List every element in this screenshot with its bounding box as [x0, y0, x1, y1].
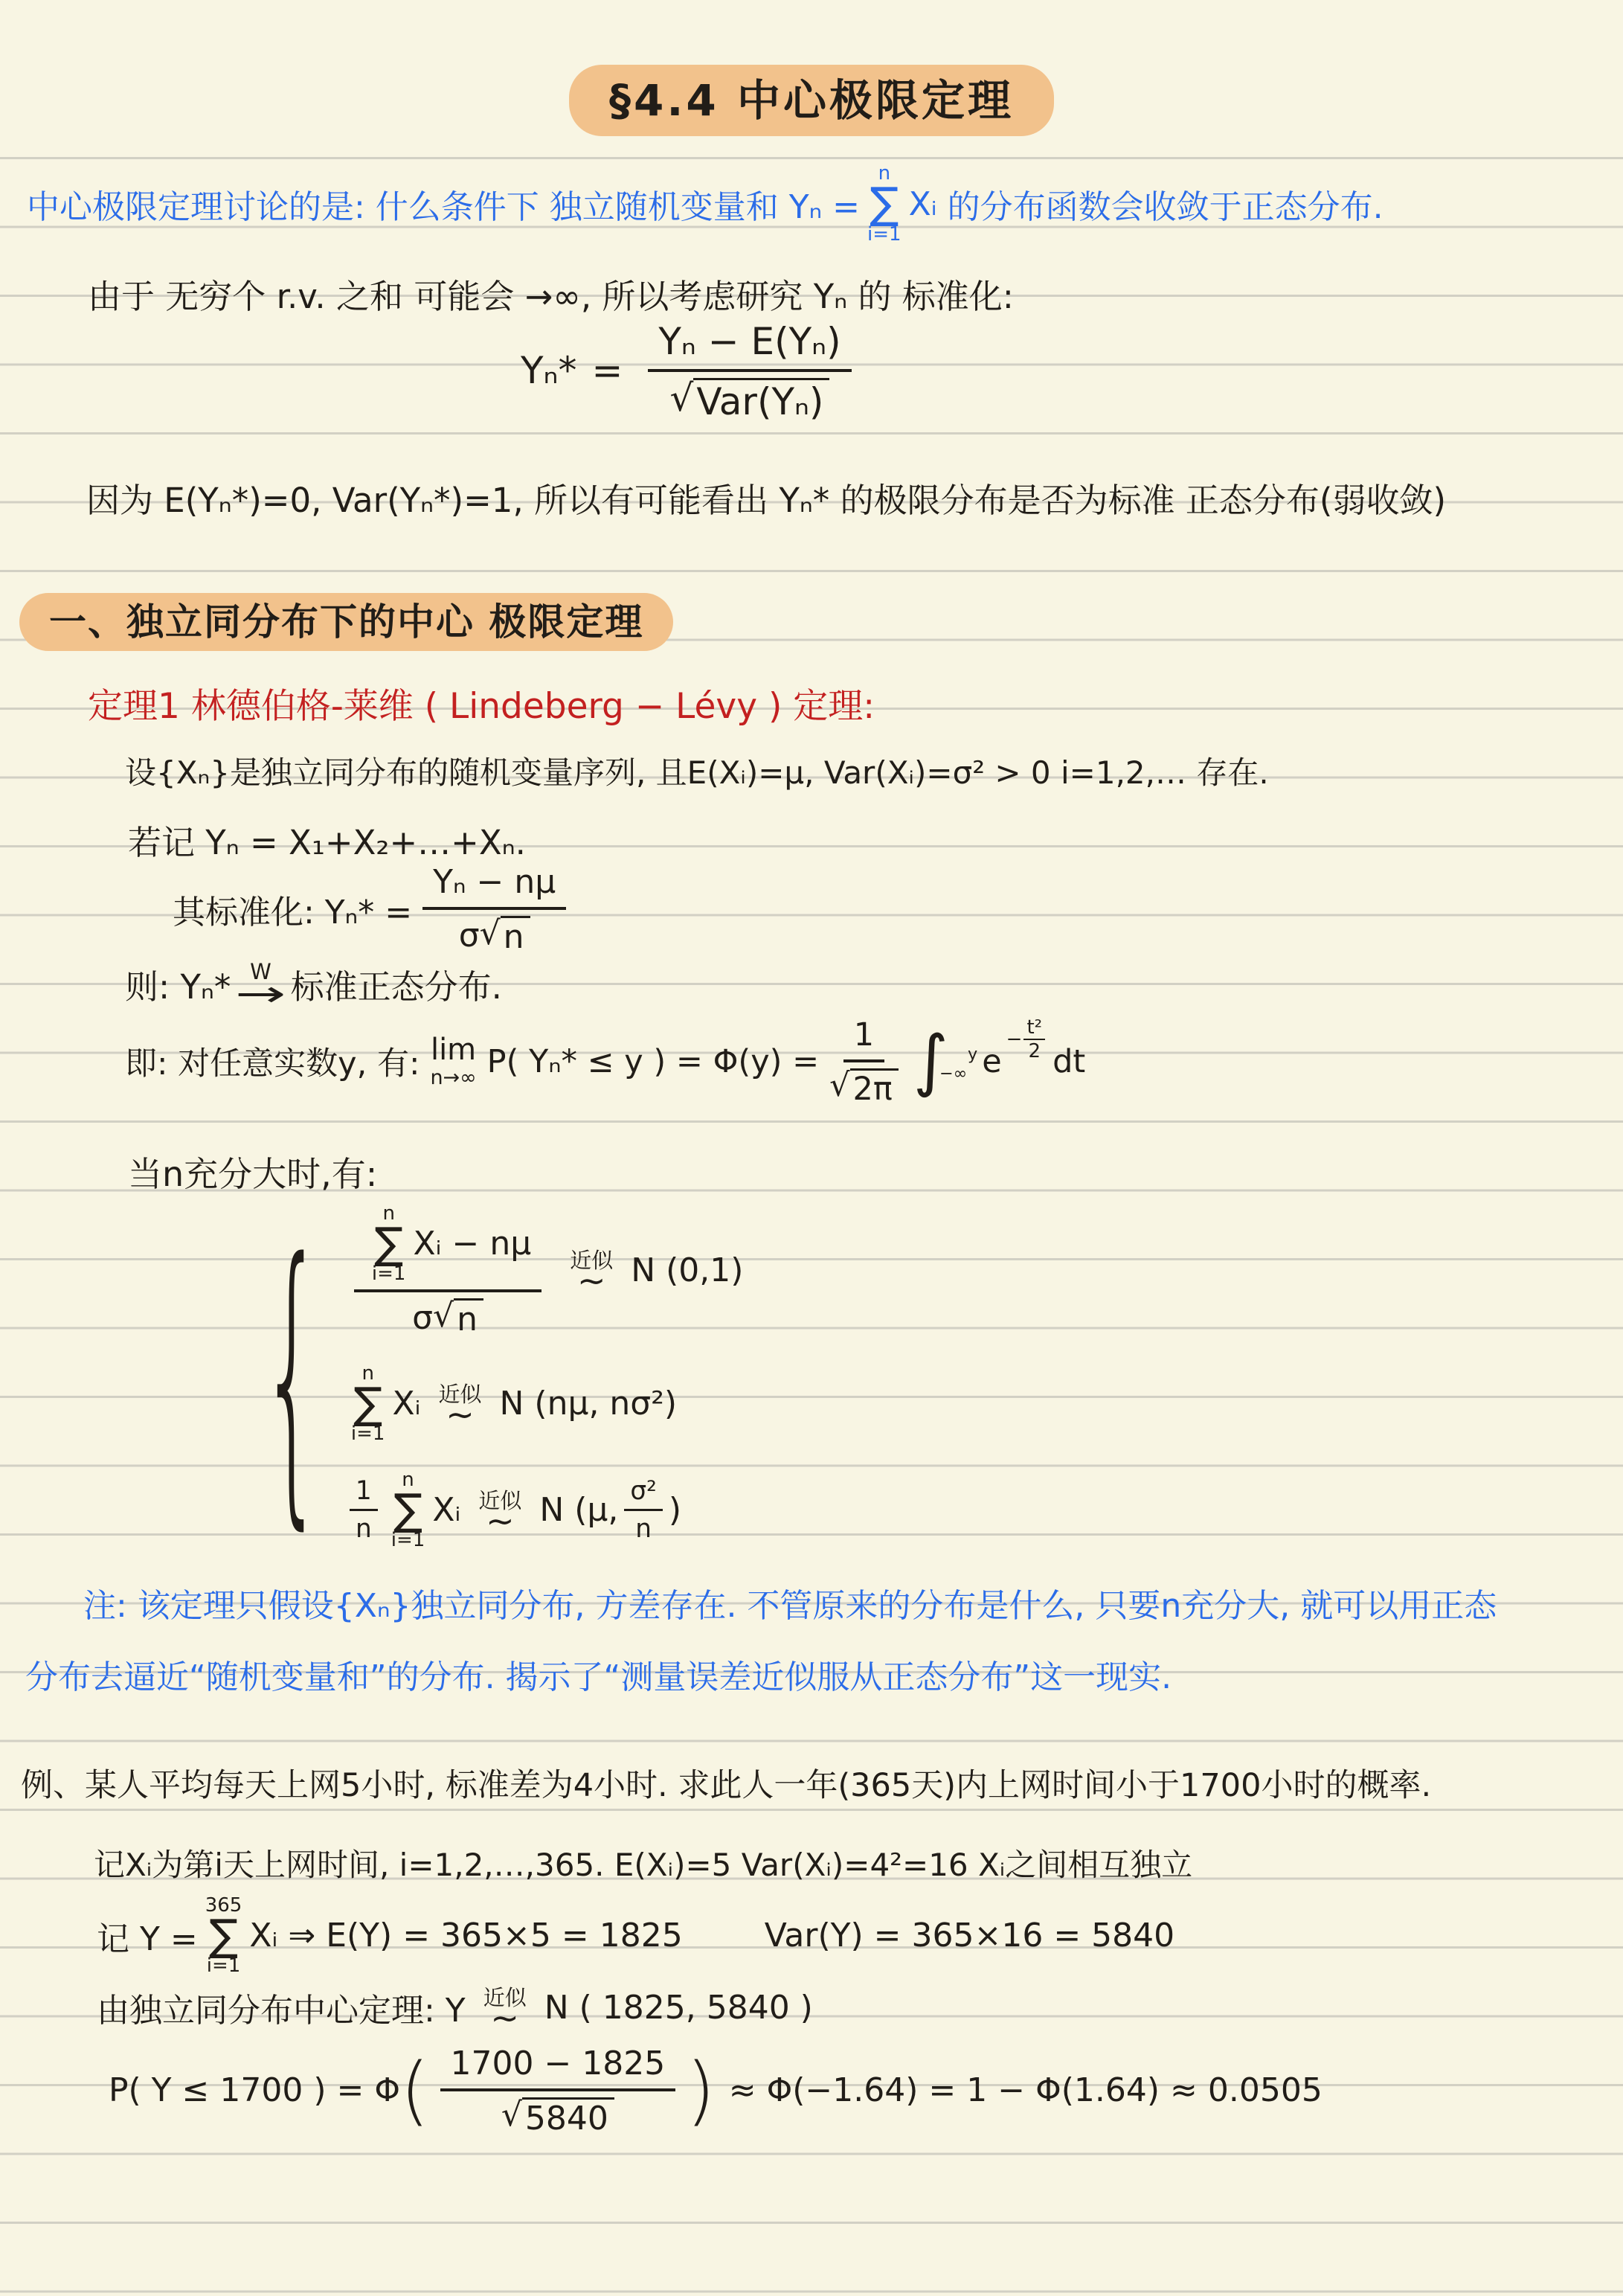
left-paren: ( — [400, 2060, 429, 2120]
intro-line-1-pre: 中心极限定理讨论的是: 什么条件下 独立随机变量和 Yₙ = — [27, 180, 860, 228]
tilde-icon: ∼ — [490, 2009, 519, 2027]
limit-pre: 即: 对任意实数y, 有: — [125, 1039, 420, 1084]
sigma-symbol: ∑ — [353, 1383, 382, 1424]
section-heading-highlight: 一、独立同分布下的中心 极限定理 — [19, 592, 673, 646]
note-line-2: 分布去逼近“随机变量和”的分布. 揭示了“测量误差近似服从正态分布”这一现实. — [25, 1650, 1172, 1698]
radical-sign: √ — [670, 379, 694, 418]
section-heading: 一、独立同分布下的中心 极限定理 — [19, 593, 673, 651]
case-row-3: 1 n n ∑ i=1 Xᵢ 近似 ∼ N (μ, σ² n ) — [344, 1470, 744, 1550]
standardization-formula: Yₙ* = Yₙ − E(Yₙ) √ Var(Yₙ) — [521, 320, 862, 422]
sum-lower-limit: i=1 — [867, 225, 902, 244]
left-brace: { — [260, 1224, 324, 1530]
standardization-label: 其标准化: Yₙ* = — [173, 885, 412, 933]
sigma-symbol: ∑ — [209, 1915, 238, 1956]
lim-label: lim — [431, 1035, 476, 1065]
sigma-symbol: ∑ — [374, 1223, 403, 1264]
distribution-1: N (0,1) — [631, 1251, 743, 1289]
sum-lower-limit: i=1 — [351, 1424, 385, 1443]
distribution-3-pre: N (μ, — [539, 1491, 618, 1529]
example-setup: 记Xᵢ为第i天上网时间, i=1,2,…,365. E(Xᵢ)=5 Var(Xᵢ… — [94, 1841, 1192, 1885]
sqrt-expression: √ 5840 — [501, 2097, 614, 2136]
notebook-page: §4.4 中心极限定理 中心极限定理讨论的是: 什么条件下 独立随机变量和 Yₙ… — [0, 0, 1623, 2296]
cases-list: n ∑ i=1 Xᵢ − nμ σ √ n — [344, 1204, 744, 1550]
fraction-numerator: σ² — [624, 1476, 663, 1511]
remark-line: 因为 E(Yₙ*)=0, Var(Yₙ*)=1, 所以有可能看出 Yₙ* 的极限… — [86, 473, 1446, 522]
sigma-coefficient: σ — [412, 1299, 433, 1337]
tilde-icon: ∼ — [486, 1512, 515, 1530]
integral-lower-limit: −∞ — [939, 1064, 967, 1083]
example-y-definition: 记 Y = 365 ∑ i=1 Xᵢ ⇒ E(Y) = 365×5 = 1825… — [97, 1896, 1174, 1975]
integral-upper-limit: y — [968, 1045, 977, 1064]
fraction-denominator: √ 2π — [829, 1062, 899, 1106]
fraction-numerator: 1 — [843, 1016, 884, 1062]
approx-distributed-symbol: 近似 ∼ — [570, 1250, 613, 1290]
tilde-icon: ∼ — [446, 1405, 475, 1424]
page-title: §4.4 中心极限定理 — [569, 65, 1054, 136]
sigma-symbol: ∑ — [393, 1489, 422, 1530]
case-row-2: n ∑ i=1 Xᵢ 近似 ∼ N (nμ, nσ²) — [344, 1364, 744, 1443]
weak-convergence-line: 则: Yₙ* W → 标准正态分布. — [125, 960, 502, 1008]
sum-term: Xᵢ — [432, 1491, 460, 1529]
sum-operator: n ∑ i=1 — [391, 1470, 425, 1550]
exponent-minus: − — [1006, 1030, 1023, 1049]
fraction-denominator: σ √ n — [459, 910, 530, 955]
integral-expression: ∫ y −∞ — [913, 1034, 977, 1088]
exponent-numerator: t² — [1023, 1018, 1045, 1040]
convergence-pre: 则: Yₙ* — [125, 960, 231, 1008]
radicand: 5840 — [522, 2097, 614, 2136]
sigma-coefficient: σ — [459, 917, 480, 955]
example-problem: 例、某人平均每天上网5小时, 标准差为4小时. 求此人一年(365天)内上网时间… — [21, 1760, 1431, 1806]
fraction-denominator: n — [635, 1511, 652, 1544]
distribution-2: N (nμ, nσ²) — [500, 1385, 678, 1423]
numerator-tail: Xᵢ − nμ — [413, 1225, 531, 1263]
coefficient-fraction: 1 n — [350, 1476, 378, 1544]
formula-lhs: Yₙ* — [521, 349, 576, 392]
integral-limits: y −∞ — [950, 1045, 977, 1078]
theorem-standardization: 其标准化: Yₙ* = Yₙ − nμ σ √ n — [173, 863, 576, 955]
radicand: 2π — [850, 1068, 899, 1106]
fraction-numerator: 1 — [350, 1476, 378, 1511]
ydef-variance: Var(Y) = 365×16 = 5840 — [765, 1917, 1174, 1955]
clt-distribution: N ( 1825, 5840 ) — [544, 1989, 813, 2027]
fraction-denominator: √ Var(Yₙ) — [670, 372, 830, 422]
integrand-base: e — [982, 1043, 1001, 1080]
case-row-1: n ∑ i=1 Xᵢ − nμ σ √ n — [344, 1204, 744, 1337]
radical-sign: √ — [433, 1299, 454, 1333]
sqrt-expression: √ 2π — [829, 1068, 899, 1106]
tilde-icon: ∼ — [577, 1272, 606, 1290]
approximation-cases: { n ∑ i=1 Xᵢ − nμ σ — [260, 1204, 743, 1550]
fraction-denominator: σ √ n — [412, 1292, 483, 1337]
yn-definition-line: 若记 Yₙ = X₁+X₂+…+Xₙ. — [128, 815, 526, 864]
differential-dt: dt — [1052, 1043, 1085, 1080]
sum-operator: 365 ∑ i=1 — [205, 1896, 242, 1975]
distribution-3-post: ) — [669, 1491, 681, 1529]
ydef-post: Xᵢ ⇒ E(Y) = 365×5 = 1825 — [249, 1917, 682, 1955]
fraction-denominator: n — [356, 1511, 372, 1544]
clt-pre: 由独立同分布中心定理: Y — [97, 1984, 466, 2031]
fraction: Yₙ − nμ σ √ n — [422, 863, 566, 955]
probability-pre: P( Y ≤ 1700 ) = Φ — [109, 2071, 400, 2109]
radical-sign: √ — [829, 1069, 849, 1103]
sigma-symbol: ∑ — [870, 183, 899, 224]
sqrt-expression: √ Var(Yₙ) — [670, 378, 830, 422]
theorem-setup-line: 设{Xₙ}是独立同分布的随机变量序列, 且E(Xᵢ)=μ, Var(Xᵢ)=σ²… — [125, 748, 1269, 793]
radicand: n — [454, 1298, 483, 1337]
sum-operator: n ∑ i=1 — [351, 1364, 385, 1443]
exponent-denominator: 2 — [1029, 1040, 1041, 1061]
large-n-intro: 当n充分大时,有: — [128, 1147, 377, 1196]
radicand: Var(Yₙ) — [693, 378, 829, 422]
right-paren: ) — [686, 2060, 715, 2120]
example-probability-line: P( Y ≤ 1700 ) = Φ ( 1700 − 1825 √ 5840 )… — [109, 2045, 1322, 2136]
fraction-denominator: √ 5840 — [501, 2091, 614, 2136]
sum-lower-limit: i=1 — [391, 1530, 425, 1550]
fraction-numerator: n ∑ i=1 Xᵢ − nμ — [354, 1204, 541, 1292]
lim-operator: lim n→∞ — [430, 1035, 476, 1088]
fraction: n ∑ i=1 Xᵢ − nμ σ √ n — [354, 1204, 541, 1337]
intro-line-2: 由于 无穷个 r.v. 之和 可能会 →∞, 所以考虑研究 Yₙ 的 标准化: — [88, 269, 1014, 318]
variance-fraction: σ² n — [624, 1476, 663, 1544]
radicand: n — [501, 916, 530, 955]
approx-distributed-symbol: 近似 ∼ — [483, 1987, 527, 2027]
sqrt-expression: √ n — [480, 916, 530, 955]
probability-post: ≈ Φ(−1.64) = 1 − Φ(1.64) ≈ 0.0505 — [729, 2071, 1322, 2109]
sqrt-expression: √ n — [433, 1298, 483, 1337]
sum-operator: n ∑ i=1 — [372, 1204, 406, 1283]
intro-line-1-post: 的分布函数会收敛于正态分布. — [948, 180, 1383, 228]
radical-sign: √ — [501, 2098, 522, 2132]
integrand-exponent: − t² 2 — [1006, 1018, 1045, 1061]
limit-definition-line: 即: 对任意实数y, 有: lim n→∞ P( Yₙ* ≤ y ) = Φ(y… — [125, 1016, 1085, 1106]
weak-convergence-arrow: W → — [245, 961, 275, 1006]
fraction-numerator: Yₙ − nμ — [422, 863, 566, 910]
example-clt-line: 由独立同分布中心定理: Y 近似 ∼ N ( 1825, 5840 ) — [97, 1984, 813, 2031]
fraction: 1700 − 1825 √ 5840 — [440, 2045, 676, 2136]
fraction-numerator: 1700 − 1825 — [440, 2045, 676, 2091]
arrow-icon: → — [235, 983, 286, 1006]
convergence-post: 标准正态分布. — [291, 960, 502, 1008]
equals-sign: = — [591, 349, 623, 392]
sum-lower-limit: i=1 — [372, 1264, 406, 1283]
sum-term: Xᵢ — [392, 1385, 420, 1423]
intro-line-1: 中心极限定理讨论的是: 什么条件下 独立随机变量和 Yₙ = n ∑ i=1 X… — [27, 162, 1383, 246]
radical-sign: √ — [480, 917, 501, 951]
fraction-numerator: Yₙ − E(Yₙ) — [648, 320, 851, 372]
sum-operator: n ∑ i=1 — [867, 164, 902, 243]
note-line-1: 注: 该定理只假设{Xₙ}独立同分布, 方差存在. 不管原来的分布是什么, 只要… — [83, 1579, 1497, 1626]
ydef-pre: 记 Y = — [97, 1912, 198, 1960]
exponent-fraction: t² 2 — [1023, 1018, 1045, 1061]
lim-subscript: n→∞ — [430, 1068, 476, 1088]
theorem-title: 定理1 林德伯格-莱维 ( Lindeberg − Lévy ) 定理: — [88, 679, 875, 728]
coefficient-fraction: 1 √ 2π — [829, 1016, 899, 1106]
fraction: Yₙ − E(Yₙ) √ Var(Yₙ) — [648, 320, 851, 422]
page-title-highlight: §4.4 中心极限定理 — [569, 65, 1054, 128]
approx-distributed-symbol: 近似 ∼ — [478, 1490, 521, 1530]
sum-lower-limit: i=1 — [207, 1956, 241, 1975]
intro-line-1-xi: Xᵢ — [909, 185, 937, 223]
limit-body: P( Yₙ* ≤ y ) = Φ(y) = — [487, 1043, 819, 1080]
approx-distributed-symbol: 近似 ∼ — [438, 1384, 481, 1424]
